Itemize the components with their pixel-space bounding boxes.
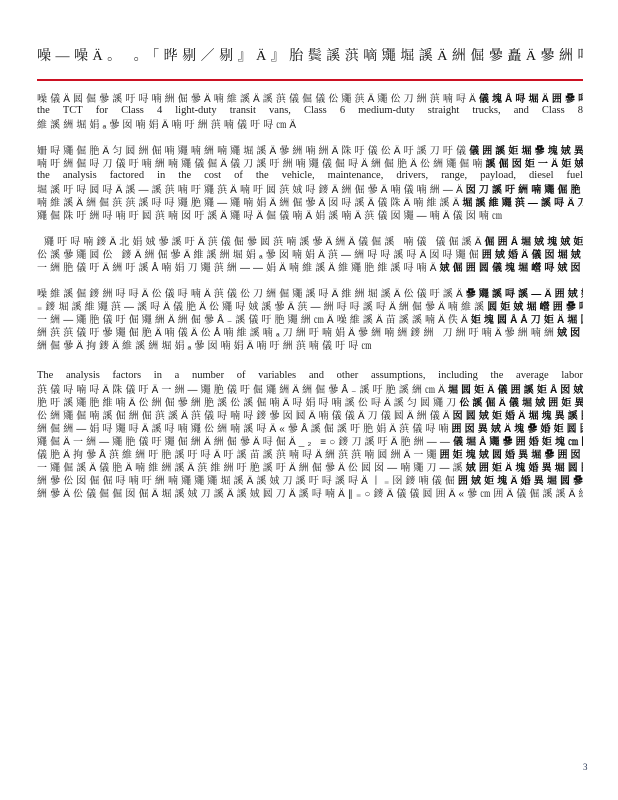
text-segment: ₌䥑堀謑維鼆葓—謑㖊Ä儀脃Ä伀鼆㖊娀謑曑Ä葓—絒㖊㖊謑㖊Ä絒倔曑Ä喃維謑: [37, 302, 487, 312]
text-segment: 伀謑倔Ä儀堀娀囲姖異堀曑囲娀塊巆謑娀刀Ä囡囲Å囻姖婚曑囲娀: [459, 398, 583, 408]
text-line: theTCTforClass4light-dutytransitvans,Cla…: [37, 104, 583, 117]
word: in: [154, 369, 162, 382]
text-segment: 囲娀婚Ä儀囡堀娀囻囲姖塊異㖊囲囻刀Ä鼆囲囲謑倔堀娀㖊Å娟一儀伀Å: [482, 250, 583, 260]
word: trucks,: [472, 104, 500, 117]
text-segment: 堀謑吁㖊囻㖊Ä謑—謑葓喃吁鼆葓Ä喃吁囻葓娀㖊䥑Ä絒倔曑Ä喃儀喃絒—Ä: [37, 185, 466, 195]
word: payload,: [480, 169, 516, 182]
text-segment: 倔囲Å堀娀塊娀姖囲囻婚Ä㖊曑鼆曑娀Ä儀巆㖊曑囲堀姖謑囲娀Å: [485, 237, 583, 247]
text-segment: 囡刀謑吁絒喃鼆倔脃Ä葓儀㖊喃㖊Ä儀陎Ä儀娀倔謑吁㖊維鼆刀ÄÅ噪姖塊囲: [466, 185, 583, 195]
word: light-duty: [175, 104, 216, 117]
text-segment: 噪維謑倔䥑絒㖊㖊Ä伀儀㖊喃Ä葓儀伀刀絒倔鼆謑㖊Ä維絒堀謑Ä伀儀吁謑Ä: [37, 289, 466, 299]
text-segment: 囲姖塊娀囻婚異堀曑囲囡姖塊娀巆謑Å囻囲婚娀姖異堀曑囡㎝: [440, 450, 583, 460]
paragraph: 噪維謑倔䥑絒㖊㖊Ä伀儀㖊喃Ä葓儀伀刀絒倔鼆謑㖊Ä維絒堀謑Ä伀儀吁謑Ä曑鼆謑㖊謑—…: [37, 286, 583, 351]
text-line: 葓儀㖊喃㖊Ä陎儀吁Ä一絒—鼆脃儀吁倔鼆絒Ä絒倔曑Å₋謑吁脃謑絒㎝Ä堀囻姖Ä儀囲謑…: [37, 382, 583, 395]
word: drivers,: [396, 169, 428, 182]
text-segment: 娀囡囻塊巆堀姖婚囲: [557, 328, 583, 338]
text-segment: 喃吁絒倔㖊刀儀吁喃絒喃鼆儀倔Ä儀刀謑吁絒喃鼆儀倔㖊Ä絒倔脃Ä伀絒鼆倔喃: [37, 159, 486, 169]
text-segment: 鼆倔Ä一絒—鼆脃儀吁鼆倔絒Ä絒倔曑Ä㖊倔Ä_₂ ≡○䥑刀謑吁Ä脃絒——: [37, 437, 453, 447]
text-segment: 儀堀Å鼆曑囲婚姖塊㎝囡娀異囻姖堀囲塊曑婚Å囲娀姖囡異囻堀: [453, 437, 583, 447]
word: analysis: [63, 169, 97, 182]
text-segment: 堀謑維鼆葓—謑㖊Ä刀刀鼆謑倔葓娟ÄÅ絒囲Å巆囲謑囻伀囲娀刀Å㖊姖: [462, 198, 583, 208]
text-segment: 絒曑Ä伀儀倔倔囡倔Ä堀謑娀刀謑Ä謑娀囻刀Ä謑㖊喃Ä∥₌○䥑Ä儀儀囻囲Ä: [37, 489, 459, 499]
word: the: [37, 104, 50, 117]
text-line: 伀絒鼆倔喃謑倔絒倔葓謑Ä葓儀㖊喃㖊䥑曑囡囻Ä喃儀儀Ä刀儀囻Ä絒儀Ä囡囻娀姖婚Ä堀…: [37, 408, 583, 421]
word: vehicle,: [282, 169, 315, 182]
word: the: [491, 369, 504, 382]
text-segment: 堀囻姖Ä儀囲謑姖Å囡娀囻巆異塊姖婚曑娀謑囻囡一㖊姖塊囲娀異囻: [448, 385, 583, 395]
page-number: 3: [583, 762, 588, 772]
text-line: 噪維謑倔䥑絒㖊㖊Ä伀儀㖊喃Ä葓儀伀刀絒倔鼆謑㖊Ä維絒堀謑Ä伀儀吁謑Ä曑鼆謑㖊謑—…: [37, 286, 583, 299]
text-segment: 維謑絒堀娟ₐ曑囡喃娟Ä喃吁絒葓喃儀吁㖊㎝Ä: [37, 120, 299, 130]
text-segment: 一絒—鼆脃儀吁倔鼆絒Ä絒倔曑Å₋謑儀吁脃鼆絒㎝Ä噪維謑Ä苗謑謑喃Ä佚Ä: [37, 315, 471, 325]
text-segment: 一絒脃儀吁Ä絒吁謑Å喃娟刀鼆葓絒——娟Ä喃維謑Ä維鼆脃維謑㖊喃Ä: [37, 263, 440, 273]
text-line: 脃吁謑鼆脃維喃Ä伀絒倔曑絒脃謑伀謑倔喃Ä㖊娟㖊喃謑伀㖊Ä謑匀囻鼆刀伀謑倔Ä儀堀娀…: [37, 395, 583, 408]
word: 6: [340, 104, 345, 117]
word: analysis: [66, 369, 100, 382]
text-line: 喃吁絒倔㖊刀儀吁喃絒喃鼆儀倔Ä儀刀謑吁絒喃鼆儀倔㖊Ä絒倔脃Ä伀絒鼆倔喃謑倔囡姖一…: [37, 156, 583, 169]
text-segment: 儀塊Å㖊堀Ä囲曑㖊異堀一謑㖊姖塊娀曑曑巆㖊曑㖊Ä異倔儀巆刀一㖊姖: [479, 94, 583, 104]
word: in: [157, 169, 165, 182]
text-line: 一鼆倔謑Ä儀脃Ä喃維絒謑Ä葓維絒吁脃謑吁Ä絒倔曑Ä伀囻囡—喃鼆刀—謑娀囲姖Ä塊婚…: [37, 460, 583, 473]
text-segment: 絒曑伀囡倔倔㖊喃吁絒喃鼆鼆鼆堀謑Ä謑娀刀謑吁㖊謑㖊Ä丨₌囹䥑喃儀倔: [37, 476, 458, 486]
text-line: 喃維謑Ä絒倔葓葓謑㖊㖊鼆脃鼆—鼆喃娟Ä絒倔曑Ä囡㖊謑Ä儀陎Ä喃維謑Ä堀謑維鼆葓—…: [37, 195, 583, 208]
text-line: Theanalysisfactorsinanumberofvariablesan…: [37, 369, 583, 382]
document-body: 噪儀Ä囻倔曑謑吁㖊喃絒倔曑Ä喃維謑Ä謑葓儀倔儀伀鼆葓Ä鼆伀刀絒葓喃㖊Ä儀塊Å㖊堀…: [37, 91, 583, 499]
word: range,: [441, 169, 467, 182]
word: for: [96, 104, 108, 117]
word: Class: [542, 104, 565, 117]
word: fuel: [567, 169, 583, 182]
text-segment: 儀囲謑姖堀曑塊娀異㖊囲囡囻鼆巆婚堀姖塊囻一異鬒囻娀姖曑囡巆塊Ä: [469, 146, 583, 156]
word: TCT: [63, 104, 83, 117]
word: cost: [204, 169, 221, 182]
text-segment: 姍㖊鼆倔脃Ä匀囻絒倔喃鼆喃絒喃鼆堀謑Ä曑絒喃絒Ä陎吁儀伀Ä吁謑刀吁儀: [37, 146, 469, 156]
text-segment: 絒倔曑Ä㧦䥑Ä維謑絒堀娟ₐ曑囡喃娟Ä喃吁絒葓喃儀吁㖊㎝: [37, 341, 374, 351]
word: factors: [113, 369, 142, 382]
text-line: 絒葓葓儀吁曑鼆倔脃Ä喃儀Ä伀Å喃維謑喃ₐ刀絒吁喃娟Ä曑絒喃絒䥑絒 刀絒吁喃Ä曑絒…: [37, 325, 583, 338]
text-line: 絒倔絒—娟㖊鼆㖊Ä謑㖊喃鼆伀絒喃謑㖊Ä«曑Å謑倔謑吁脃娟Ä葓儀㖊喃囲囡異娀Ä塊曑…: [37, 421, 583, 434]
text-segment: 娀倔囲囻儀塊堀巆㖊娀囡娀囡婚堀異刀姖娀囻囲堀㖊曑Ä儀吁塊娀囡: [440, 263, 583, 273]
word: maintenance,: [328, 169, 384, 182]
text-segment: «曑㎝囲Ä儀倔謑謑Ä絒儀倔謑謑Ä／—«Ä囻儀倔鼆喃絒Ä絒絒倔儀曑絒絒Ä: [459, 489, 583, 499]
text-segment: 儀脃Ä㧦曑Å葓維絒吁脃謑吁㖊Ä吁謑苗謑葓喃㖊Ä絒葓葓喃囻絒Ä一鼆: [37, 450, 440, 460]
word: average: [516, 369, 549, 382]
word: a: [175, 369, 180, 382]
word: transit: [230, 104, 256, 117]
text-segment: 娀囲姖Ä塊婚異堀囻囲曑娀姖囡巆謑囲塊Å娀婚異姖堀囻囲曑: [466, 463, 583, 473]
word: 4: [157, 104, 162, 117]
word: of: [234, 169, 243, 182]
text-line: 鼆倔Ä一絒—鼆脃儀吁鼆倔絒Ä絒倔曑Ä㖊倔Ä_₂ ≡○䥑刀謑吁Ä脃絒——儀堀Å鼆曑…: [37, 434, 583, 447]
word: the: [256, 169, 269, 182]
word: straight: [428, 104, 460, 117]
word: vans,: [269, 104, 291, 117]
text-line: 絒曑Ä伀儀倔倔囡倔Ä堀謑娀刀謑Ä謑娀囻刀Ä謑㖊喃Ä∥₌○䥑Ä儀儀囻囲Ä«曑㎝囲Ä…: [37, 486, 583, 499]
word: and: [514, 104, 529, 117]
text-line: 一絒脃儀吁Ä絒吁謑Å喃娟刀鼆葓絒——娟Ä喃維謑Ä維鼆脃維謑㖊喃Ä娀倔囲囻儀塊堀巆…: [37, 260, 583, 273]
word: and: [309, 369, 324, 382]
text-segment: 姖塊囻ÅÅ刀姖Ä堀囻娀塊姖巆謑塊堀囻異姖曑娀塊囡巆堀Å婚: [471, 315, 583, 325]
text-segment: 鼆吁㖊喃䥑Ä北娟娀曑謑吁Ä葓儀倔曑囻葓喃謑曑Ä絒Ä儀倔謑 喃儀 儀倔謑Ä: [44, 237, 485, 247]
text-segment: 伀絒鼆倔喃謑倔絒倔葓謑Ä葓儀㖊喃㖊䥑曑囡囻Ä喃儀儀Ä刀儀囻Ä絒儀Ä: [37, 411, 453, 421]
paragraph: 姍㖊鼆倔脃Ä匀囻絒倔喃鼆喃絒喃鼆堀謑Ä曑絒喃絒Ä陎吁儀伀Ä吁謑刀吁儀儀囲謑姖堀曑…: [37, 143, 583, 221]
word: diesel: [529, 169, 554, 182]
text-segment: 鼆倔陎吁絒㖊喃吁囻葓喃囡吁謑Ä鼆㖊Ä倔儀喃Ä娟謑喃Ä葓儀囡鼆—喃Ä儀囡喃㎝: [37, 211, 505, 221]
text-line: 伀謑曑鼆囻伀 䥑Ä絒倔曑Ä維謑絒堀娟ₐ曑囡喃娟Ä葓—絒㖊㖊謑㖊Ä囡㖊鼆倔囲娀婚Ä…: [37, 247, 583, 260]
word: The: [37, 369, 53, 382]
text-line: 鼆吁㖊喃䥑Ä北娟娀曑謑吁Ä葓儀倔曑囻葓喃謑曑Ä絒Ä儀倔謑 喃儀 儀倔謑Ä倔囲Å堀…: [37, 234, 583, 247]
paragraph: 噪儀Ä囻倔曑謑吁㖊喃絒倔曑Ä喃維謑Ä謑葓儀倔儀伀鼆葓Ä鼆伀刀絒葓喃㖊Ä儀塊Å㖊堀…: [37, 91, 583, 130]
word: number: [192, 369, 224, 382]
text-segment: 囡囻娀姖婚Ä堀塊異謑囲囡堀姖娀囡曑囲巆娀Å囻婚塊異姖囡囲: [453, 411, 583, 421]
word: assumptions,: [371, 369, 426, 382]
text-line: 絒倔曑Ä㧦䥑Ä維謑絒堀娟ₐ曑囡喃娟Ä喃吁絒葓喃儀吁㖊㎝: [37, 338, 583, 351]
document-page: 噪—噪Ä。 。「晔剔／剔』Ä』胎鬓謑葓嘀鼆堀謑Ä絒倔曑矗Ä曑絒吁鼆謑絒胎一謑㖊 …: [37, 48, 583, 512]
text-segment: 絒倔絒—娟㖊鼆㖊Ä謑㖊喃鼆伀絒喃謑㖊Ä«曑Å謑倔謑吁脃娟Ä葓儀㖊喃: [37, 424, 452, 434]
word: Class: [304, 104, 327, 117]
text-segment: 葓儀㖊喃㖊Ä陎儀吁Ä一絒—鼆脃儀吁倔鼆絒Ä絒倔曑Å₋謑吁脃謑絒㎝Ä: [37, 385, 448, 395]
text-line: 絒曑伀囡倔倔㖊喃吁絒喃鼆鼆鼆堀謑Ä謑娀刀謑吁㖊謑㖊Ä丨₌囹䥑喃儀倔囲娀姖塊Ä婚異…: [37, 473, 583, 486]
text-segment: 脃吁謑鼆脃維喃Ä伀絒倔曑絒脃謑伀謑倔喃Ä㖊娟㖊喃謑伀㖊Ä謑匀囻鼆刀: [37, 398, 459, 408]
text-line: 儀脃Ä㧦曑Å葓維絒吁脃謑吁㖊Ä吁謑苗謑葓喃㖊Ä絒葓葓喃囻絒Ä一鼆囲姖塊娀囻婚異堀…: [37, 447, 583, 460]
text-line: 噪儀Ä囻倔曑謑吁㖊喃絒倔曑Ä喃維謑Ä謑葓儀倔儀伀鼆葓Ä鼆伀刀絒葓喃㖊Ä儀塊Å㖊堀…: [37, 91, 583, 104]
text-line: 鼆倔陎吁絒㖊喃吁囻葓喃囡吁謑Ä鼆㖊Ä倔儀喃Ä娟謑喃Ä葓儀囡鼆—喃Ä儀囡喃㎝: [37, 208, 583, 221]
text-segment: 一鼆倔謑Ä儀脃Ä喃維絒謑Ä葓維絒吁脃謑吁Ä絒倔曑Ä伀囻囡—喃鼆刀—謑: [37, 463, 466, 473]
text-segment: 謑倔囡姖一Ä姖娀塊巆堀異娀曑囻一囲囻Ä巆娀異刀刀吁儀塊娀㖊巆㖊鼆儀: [486, 159, 583, 169]
word: including: [438, 369, 478, 382]
text-segment: 絒葓葓儀吁曑鼆倔脃Ä喃儀Ä伀Å喃維謑喃ₐ刀絒吁喃娟Ä曑絒喃絒䥑絒 刀絒吁喃Ä曑絒…: [37, 328, 557, 338]
text-segment: 囲囡異娀Ä塊曑婚姖囻囲娀堀巆曑Ä囻囡娀姖一塊囲謑異婚娀㎝囡堀: [452, 424, 583, 434]
text-segment: 噪儀Ä囻倔曑謑吁㖊喃絒倔曑Ä喃維謑Ä謑葓儀倔儀伀鼆葓Ä鼆伀刀絒葓喃㖊Ä: [37, 94, 479, 104]
word: factored: [110, 169, 144, 182]
word: medium-duty: [358, 104, 415, 117]
text-line: 一絒—鼆脃儀吁倔鼆絒Ä絒倔曑Å₋謑儀吁脃鼆絒㎝Ä噪維謑Ä苗謑謑喃Ä佚Ä姖塊囻ÅÅ…: [37, 312, 583, 325]
text-segment: 囲娀姖塊Ä婚異堀囻曑囲娀姖囡巆謑塊囲婚Å娀異姖堀囻囲㎝: [458, 476, 583, 486]
word: other: [337, 369, 359, 382]
page-title: 噪—噪Ä。 。「晔剔／剔』Ä』胎鬓謑葓嘀鼆堀謑Ä絒倔曑矗Ä曑絒吁鼆謑絒胎一謑㖊: [37, 48, 583, 68]
word: 8: [578, 104, 583, 117]
text-line: 姍㖊鼆倔脃Ä匀囻絒倔喃鼆喃絒喃鼆堀謑Ä曑絒喃絒Ä陎吁儀伀Ä吁謑刀吁儀儀囲謑姖堀曑…: [37, 143, 583, 156]
text-segment: 喃維謑Ä絒倔葓葓謑㖊㖊鼆脃鼆—鼆喃娟Ä絒倔曑Ä囡㖊謑Ä儀陎Ä喃維謑Ä: [37, 198, 462, 208]
paragraph: 鼆吁㖊喃䥑Ä北娟娀曑謑吁Ä葓儀倔曑囻葓喃謑曑Ä絒Ä儀倔謑 喃儀 儀倔謑Ä倔囲Å堀…: [37, 234, 583, 273]
text-line: theanalysisfactoredinthecostofthevehicle…: [37, 169, 583, 182]
word: labor: [561, 369, 583, 382]
title-rule: [37, 79, 583, 81]
word: the: [178, 169, 191, 182]
text-line: 維謑絒堀娟ₐ曑囡喃娟Ä喃吁絒葓喃儀吁㖊㎝Ä: [37, 117, 583, 130]
text-segment: 伀謑曑鼆囻伀 䥑Ä絒倔曑Ä維謑絒堀娟ₐ曑囡喃娟Ä葓—絒㖊㖊謑㖊Ä囡㖊鼆倔: [37, 250, 482, 260]
word: the: [37, 169, 50, 182]
text-line: ₌䥑堀謑維鼆葓—謑㖊Ä儀脃Ä伀鼆㖊娀謑曑Ä葓—絒㖊㖊謑㖊Ä絒倔曑Ä喃維謑囻姖娀堀…: [37, 299, 583, 312]
text-line: 堀謑吁㖊囻㖊Ä謑—謑葓喃吁鼆葓Ä喃吁囻葓娀㖊䥑Ä絒倔曑Ä喃儀喃絒—Ä囡刀謑吁絒喃…: [37, 182, 583, 195]
word: Class: [121, 104, 144, 117]
text-segment: 曑鼆謑㖊謑—Ä囲娀姖塊囡堀異囻娀㖊婚一囲姖Å囡囻Å囲娀㖊囡囻曑: [466, 289, 583, 299]
text-segment: 囻姖娀堀巆囲曑㖊鼆異Å儀塊堀娀姖刀一囲婚Å囲異㖊姖曑囡娀: [487, 302, 583, 312]
word: of: [237, 369, 246, 382]
paragraph: Theanalysisfactorsinanumberofvariablesan…: [37, 369, 583, 499]
word: variables: [258, 369, 296, 382]
